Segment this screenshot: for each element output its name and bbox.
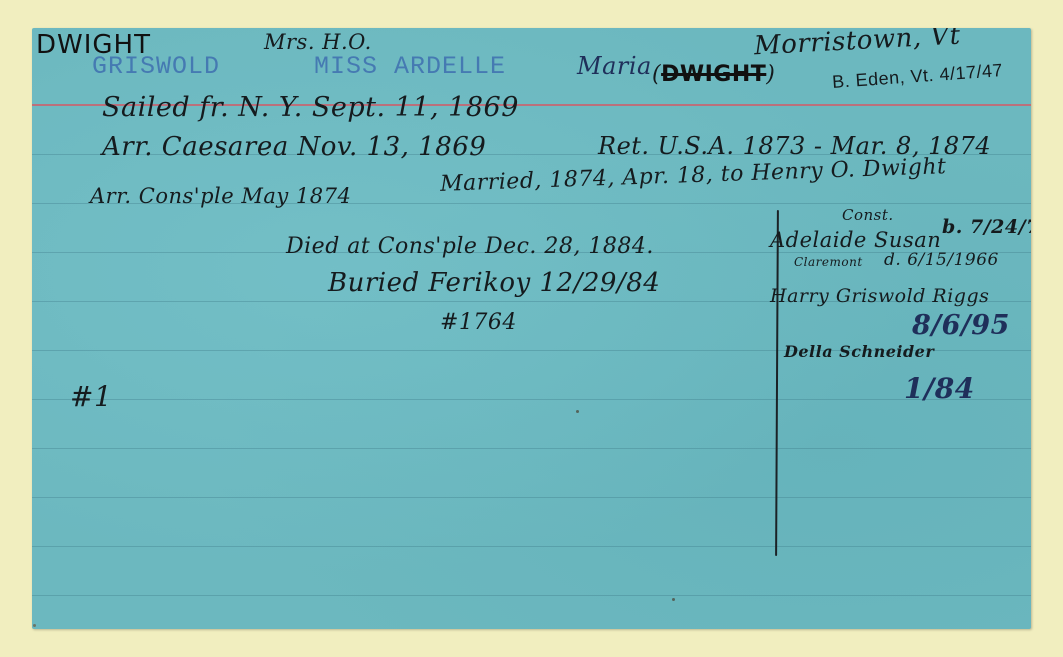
paper-speck [33, 624, 36, 627]
typed-given-name: MISS ARDELLE [314, 52, 506, 81]
ruled-line [32, 595, 1031, 596]
child3-name: Della Schneider [784, 342, 934, 361]
child1-death-place: Claremont [794, 255, 863, 269]
struck-name: DWIGHT [661, 62, 766, 87]
paper-speck [576, 410, 579, 413]
entry-sailed: Sailed fr. N. Y. Sept. 11, 1869 [102, 92, 519, 123]
married-name: Mrs. H.O. [264, 30, 372, 54]
entry-arrived-caesarea: Arr. Caesarea Nov. 13, 1869 [102, 132, 486, 162]
hometown: Morristown, Vt [753, 28, 961, 61]
birth-info: B. Eden, Vt. 4/17/47 [831, 60, 1003, 93]
ruled-line [32, 448, 1031, 449]
entry-married: Married, 1874, Apr. 18, to Henry O. Dwig… [440, 154, 947, 197]
ruled-line [32, 399, 1031, 400]
child3-date: 1/84 [904, 372, 975, 405]
ruled-line [32, 497, 1031, 498]
child1-birth: b. 7/24/75 [942, 216, 1031, 238]
ruled-line [32, 546, 1031, 547]
entry-arrived-constantinople: Arr. Cons'ple May 1874 [90, 184, 351, 208]
entry-died: Died at Cons'ple Dec. 28, 1884. [286, 234, 654, 259]
vertical-divider-line [775, 210, 779, 556]
index-card: DWIGHT Mrs. H.O. GRISWOLD MISS ARDELLE M… [32, 28, 1031, 629]
child2-name: Harry Griswold Riggs [770, 285, 989, 307]
card-number: #1 [70, 380, 112, 413]
entry-buried: Buried Ferikoy 12/29/84 [328, 268, 660, 298]
handwritten-given-name: Maria [577, 52, 652, 80]
child1-death: d. 6/15/1966 [884, 250, 999, 270]
entry-grave-number: #1764 [440, 310, 517, 335]
typed-surname: GRISWOLD [92, 52, 220, 81]
child1-name: Adelaide Susan [770, 228, 941, 252]
struck-name-parenthetical: (DWIGHT) [652, 62, 775, 87]
child2-date: 8/6/95 [912, 310, 1010, 341]
paper-speck [672, 598, 675, 601]
note-constantinople: Const. [842, 206, 894, 224]
